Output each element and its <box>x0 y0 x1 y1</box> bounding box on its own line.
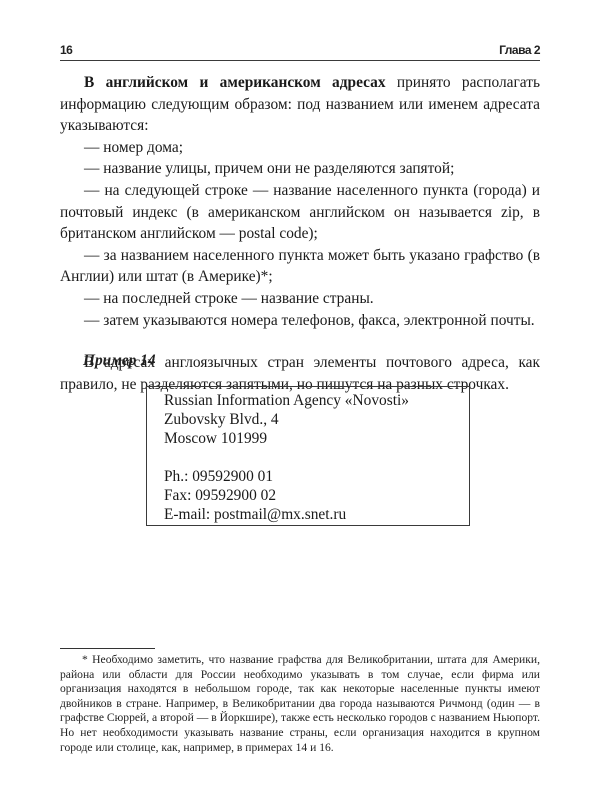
list-item: — номер дома; <box>60 137 540 159</box>
page-number: 16 <box>60 43 72 57</box>
footnote: * Необходимо заметить, что название граф… <box>60 653 540 755</box>
list-item: — затем указываются номера телефонов, фа… <box>60 310 540 332</box>
address-spacer <box>164 448 469 467</box>
intro-bold-phrase: В английском и американском адресах <box>84 74 386 91</box>
chapter-title: Глава 2 <box>499 43 540 57</box>
list-item: — название улицы, причем они не разделяю… <box>60 158 540 180</box>
contact-line-email: E-mail: postmail@mx.snet.ru <box>164 505 469 524</box>
address-example-box: Russian Information Agency «Novosti» Zub… <box>146 386 470 526</box>
list-item: — на следующей строке — название населен… <box>60 180 540 245</box>
footnote-text: * Необходимо заметить, что название граф… <box>60 653 540 755</box>
address-line: Russian Information Agency «Novosti» <box>164 391 469 410</box>
contact-line-phone: Ph.: 09592900 01 <box>164 467 469 486</box>
example-label: Пример 14 <box>83 352 156 370</box>
list-item: — на последней строке — название страны. <box>60 288 540 310</box>
contact-line-fax: Fax: 09592900 02 <box>164 486 469 505</box>
footnote-divider <box>60 648 155 649</box>
running-header: 16 Глава 2 <box>60 42 540 61</box>
list-item: — за названием населенного пункта может … <box>60 245 540 288</box>
main-text: В английском и американском адресах прин… <box>60 72 540 395</box>
address-line: Moscow 101999 <box>164 429 469 448</box>
address-line: Zubovsky Blvd., 4 <box>164 410 469 429</box>
intro-paragraph: В английском и американском адресах прин… <box>60 72 540 137</box>
